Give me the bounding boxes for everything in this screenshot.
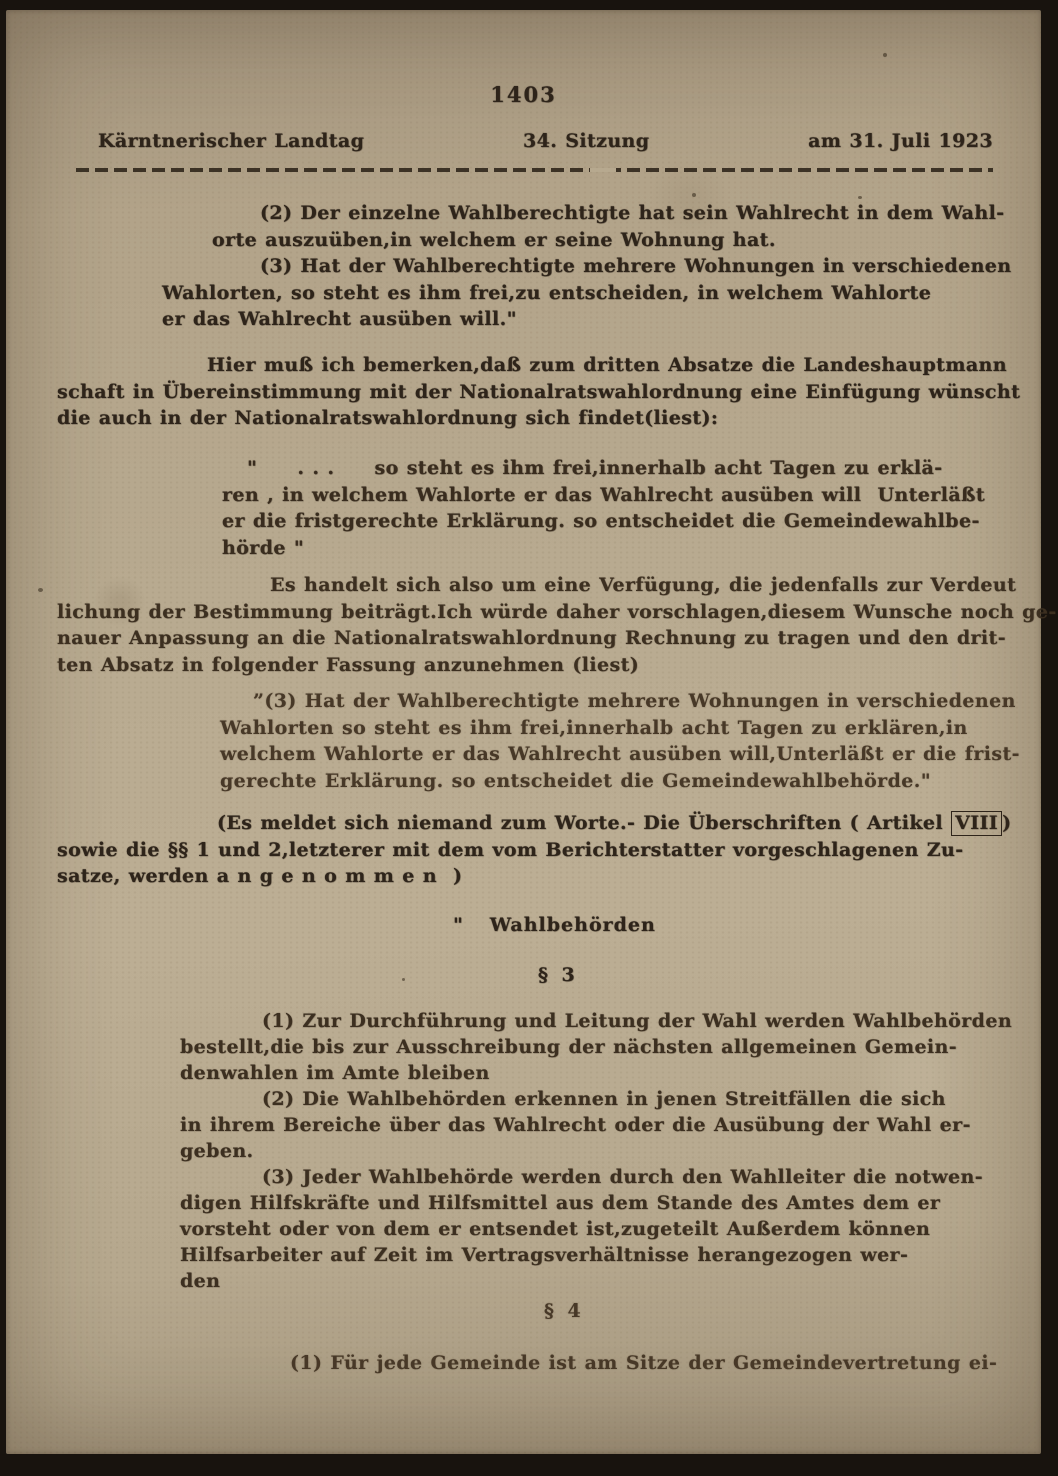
text-line: Wahlorten, so steht es ihm frei,zu entsc… xyxy=(162,280,1012,307)
text-line: welchem Wahlorte er das Wahlrecht ausübe… xyxy=(220,741,1020,768)
text-line: ren , in welchem Wahlorte er das Wahlrec… xyxy=(222,482,985,509)
text-line: gerechte Erklärung. so entscheidet die G… xyxy=(220,768,1020,795)
paper-speck xyxy=(858,196,862,199)
text-line: bestellt,die bis zur Ausschreibung der n… xyxy=(180,1034,1012,1060)
text-line: ten Absatz in folgender Fassung anzunehm… xyxy=(57,652,1057,679)
paper-speck xyxy=(402,978,405,981)
speaker-remark-proposal: Es handelt sich also um eine Verfügung, … xyxy=(57,572,1057,678)
text-line: lichung der Bestimmung beiträgt.Ich würd… xyxy=(57,599,1057,626)
text-line: § 3 xyxy=(538,962,578,989)
text-line: § 4 xyxy=(544,1298,584,1325)
text-line: Es handelt sich also um eine Verfügung, … xyxy=(57,572,1057,599)
text-line: denwahlen im Amte bleiben xyxy=(180,1060,1012,1086)
paragraph-heading-par4: § 4 xyxy=(544,1298,584,1325)
text-line: schaft in Übereinstimmung mit der Nation… xyxy=(57,379,1020,406)
session-number: 34. Sitzung xyxy=(523,128,650,155)
procedural-note-adoption: (Es meldet sich niemand zum Worte.- Die … xyxy=(57,810,1011,890)
speaker-remark-insertion: Hier muß ich bemerken,daß zum dritten Ab… xyxy=(57,352,1020,432)
paragraph-heading-par3: § 3 xyxy=(538,962,578,989)
page-number: 1403 xyxy=(6,82,1041,109)
text-line: er die fristgerechte Erklärung. so entsc… xyxy=(222,508,985,535)
quoted-proposed-par3: ”(3) Hat der Wahlberechtigte mehrere Woh… xyxy=(220,688,1020,794)
header-rule xyxy=(76,168,993,172)
text-line: ”(3) Hat der Wahlberechtigte mehrere Woh… xyxy=(220,688,1020,715)
text-line: in ihrem Bereiche über das Wahlrecht ode… xyxy=(180,1112,1012,1138)
section-heading-wahlbehoerden: " Wahlbehörden xyxy=(453,912,656,939)
paper-speck xyxy=(692,193,696,197)
text-line: (2) Der einzelne Wahlberechtigte hat sei… xyxy=(162,200,1012,227)
rule-gap xyxy=(590,168,616,172)
text-line: nauer Anpassung an die Nationalratswahlo… xyxy=(57,625,1057,652)
text-line: Hier muß ich bemerken,daß zum dritten Ab… xyxy=(57,352,1020,379)
text-line: digen Hilfskräfte und Hilfsmittel aus de… xyxy=(180,1190,1012,1216)
paper-speck xyxy=(38,588,43,592)
text-line: die auch in der Nationalratswahlordnung … xyxy=(57,405,1020,432)
text-line: Hilfsarbeiter auf Zeit im Vertragsverhäl… xyxy=(180,1242,1012,1268)
text-line: (3) Jeder Wahlbehörde werden durch den W… xyxy=(180,1164,1012,1190)
par3-text: (1) Zur Durchführung und Leitung der Wah… xyxy=(180,1008,1012,1294)
quoted-statute-par2-3: (2) Der einzelne Wahlberechtigte hat sei… xyxy=(162,200,1012,333)
text-line: vorsteht oder von dem er entsendet ist,z… xyxy=(180,1216,1012,1242)
text-line: (Es meldet sich niemand zum Worte.- Die … xyxy=(57,810,1011,837)
scan-background: { "document": { "page_number": "1403", "… xyxy=(0,0,1058,1476)
text-line: orte auszuüben,in welchem er seine Wohnu… xyxy=(162,227,1012,254)
text-line: satze, werden a n g e n o m m e n ) xyxy=(57,863,1011,890)
text-line: (1) Zur Durchführung und Leitung der Wah… xyxy=(180,1008,1012,1034)
text-line: " . . . so steht es ihm frei,innerhalb a… xyxy=(222,455,985,482)
text-line: (2) Die Wahlbehörden erkennen in jenen S… xyxy=(180,1086,1012,1112)
par4-text: (1) Für jede Gemeinde ist am Sitze der G… xyxy=(180,1350,997,1377)
quoted-nationalrat-provision: " . . . so steht es ihm frei,innerhalb a… xyxy=(222,455,985,561)
journal-title: Kärntnerischer Landtag xyxy=(98,128,364,155)
text-line: er das Wahlrecht ausüben will." xyxy=(162,306,1012,333)
session-date: am 31. Juli 1923 xyxy=(808,128,993,155)
text-line: den xyxy=(180,1268,1012,1294)
paper-speck xyxy=(883,53,887,57)
text-line: sowie die §§ 1 und 2,letzterer mit dem v… xyxy=(57,837,1011,864)
text-line: geben. xyxy=(180,1138,1012,1164)
text-line: (3) Hat der Wahlberechtigte mehrere Wohn… xyxy=(162,253,1012,280)
text-line: Wahlorten so steht es ihm frei,innerhalb… xyxy=(220,715,1020,742)
text-line: (1) Für jede Gemeinde ist am Sitze der G… xyxy=(180,1350,997,1377)
page-header: Kärntnerischer Landtag 34. Sitzung am 31… xyxy=(98,128,993,155)
document-page: 1403 Kärntnerischer Landtag 34. Sitzung … xyxy=(6,10,1041,1454)
text-line: hörde " xyxy=(222,535,985,562)
text-line: " Wahlbehörden xyxy=(453,912,656,939)
